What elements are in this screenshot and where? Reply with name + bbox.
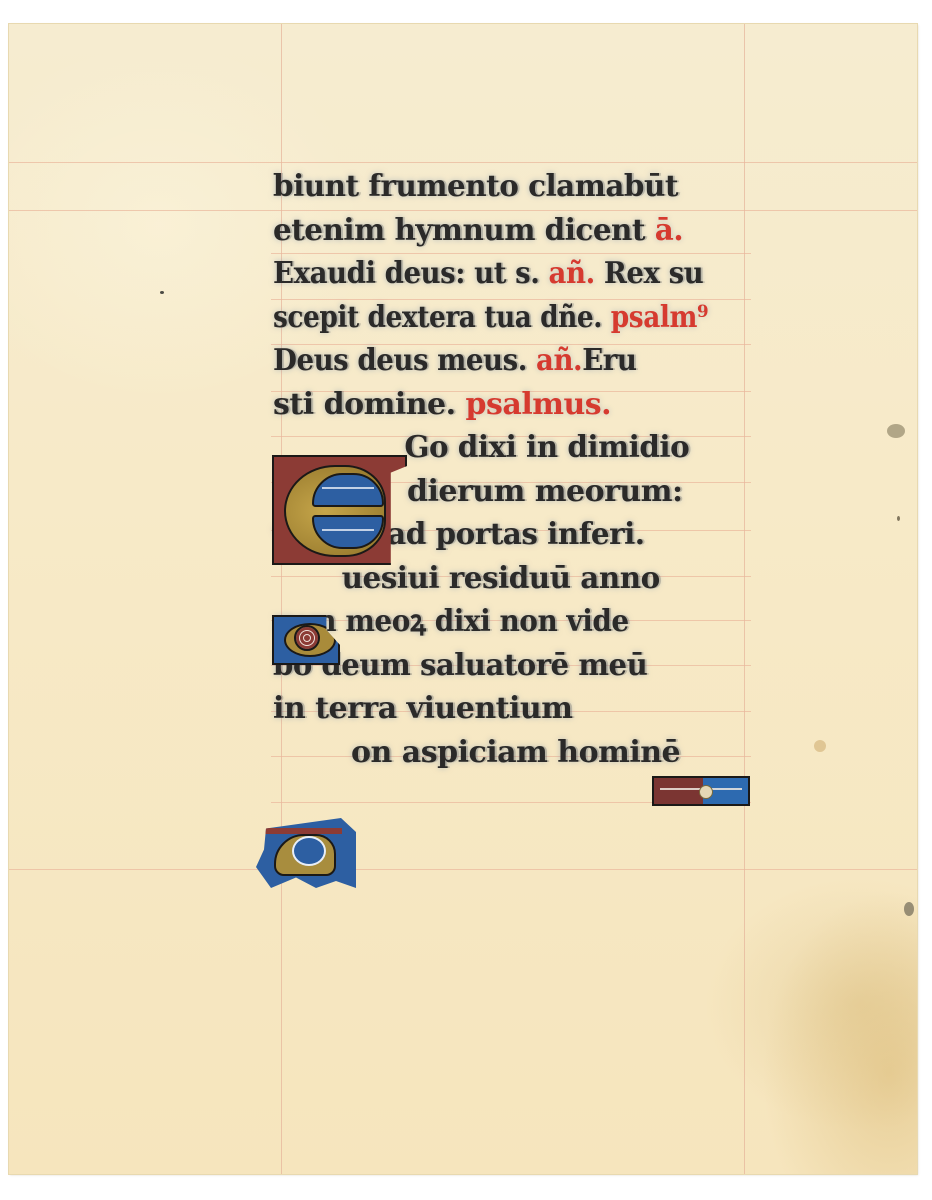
line-text: Rex su <box>595 256 704 291</box>
line-text: in terra viuentium <box>273 691 572 726</box>
text-line-5: Deus deus meus. añ.Eru <box>273 339 710 383</box>
rubric-psalm: psalm⁹ <box>611 300 708 335</box>
illuminated-initial-e <box>272 455 407 565</box>
text-line-2: etenim hymnum dicent ā. <box>273 209 739 253</box>
text-line-14: on aspiciam hominē <box>273 731 748 775</box>
margin-stain <box>887 424 905 438</box>
text-line-6: sti domine. psalmus. <box>273 383 748 427</box>
line-text: sti domine. <box>273 387 466 422</box>
rubric-antiphon: ā. <box>655 213 683 248</box>
initial-blue-inner <box>292 836 326 866</box>
text-line-12: bo deum saluatorē meū <box>273 644 734 688</box>
text-line-11: rum meoꝝ dixi non vide <box>273 600 715 644</box>
line-text: Eru <box>582 343 636 378</box>
line-filler-ornament <box>652 776 750 806</box>
margin-stain <box>897 516 900 521</box>
rubric-antiphon: añ. <box>536 343 582 378</box>
text-line-3: Exaudi deus: ut s. añ. Rex su <box>273 252 710 296</box>
line-text: dierum meorum: <box>407 474 683 509</box>
rubric-antiphon: añ. <box>549 256 595 291</box>
rubric-psalmus: psalmus. <box>466 387 612 422</box>
initial-spiral-ornament <box>294 625 320 651</box>
line-text: etenim hymnum dicent <box>273 213 655 248</box>
text-line-4: scepit dextera tua dñe. psalm⁹ <box>273 296 691 340</box>
margin-stain <box>904 902 914 916</box>
illuminated-initial-n <box>256 818 356 888</box>
ruling-horizontal-bottom <box>9 869 917 870</box>
text-line-13: in terra viuentium <box>273 687 748 731</box>
line-text: Go dixi in dimidio <box>404 430 689 465</box>
ruling-horizontal-top <box>9 162 917 163</box>
line-text: Deus deus meus. <box>273 343 536 378</box>
gold-dot-ornament <box>699 785 713 799</box>
text-line-1: biunt frumento clamabūt <box>273 165 739 209</box>
line-text: on aspiciam hominē <box>351 735 680 770</box>
line-text: biunt frumento clamabūt <box>273 169 678 204</box>
line-text: uesiui residuū anno <box>342 561 660 596</box>
margin-mark <box>160 291 164 294</box>
line-text: scepit dextera tua dñe. <box>273 300 611 335</box>
line-text: Exaudi deus: ut s. <box>273 256 549 291</box>
margin-stain <box>814 740 826 752</box>
